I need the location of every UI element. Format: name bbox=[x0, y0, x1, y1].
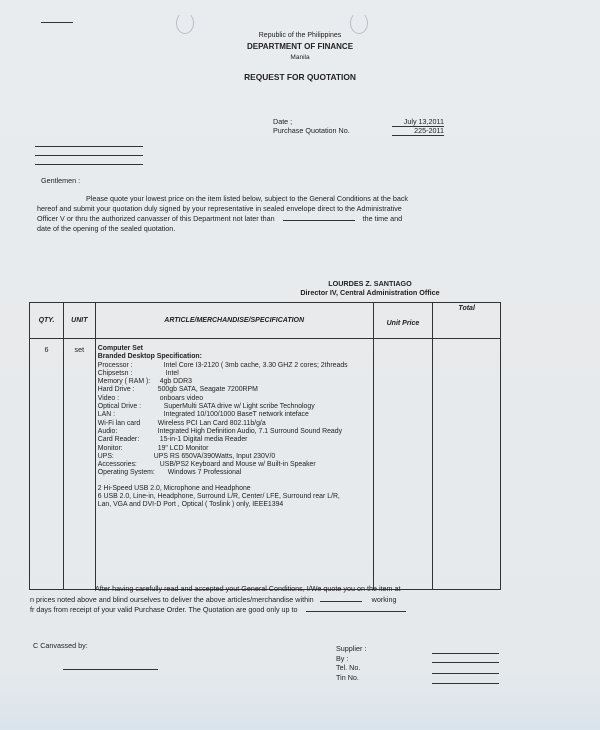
tin-line bbox=[432, 683, 499, 684]
total-cell bbox=[433, 339, 501, 590]
spec-key: Accessories: bbox=[98, 461, 160, 469]
spec-row: Operating System:Windows 7 Professional bbox=[98, 469, 373, 477]
spec-key: Hard Drive : bbox=[98, 386, 158, 394]
spec-value: 4gb DDR3 bbox=[160, 378, 192, 386]
spec-row: Memory ( RAM ):4gb DDR3 bbox=[98, 378, 373, 386]
canvasser-signature-line bbox=[63, 669, 158, 670]
tin-label: Tin No. bbox=[336, 673, 366, 683]
spec-value: Intel Core I3-2120 ( 3mb cache, 3.30 GHZ… bbox=[164, 362, 348, 370]
port-line: 6 USB 2.0, Line-in, Headphone, Surround … bbox=[98, 493, 373, 501]
spec-row: Video :onboars video bbox=[98, 395, 373, 403]
deadline-blank bbox=[283, 213, 355, 221]
col-unit: UNIT bbox=[63, 303, 95, 339]
spec-key: Monitor: bbox=[98, 445, 158, 453]
pq-value: 225-2011 bbox=[392, 126, 444, 136]
port-line: 2 Hi-Speed USB 2.0, Microphone and Headp… bbox=[98, 485, 373, 493]
letterhead: Republic of the Philippines DEPARTMENT O… bbox=[150, 30, 450, 82]
closing-paragraph: After having carefully read and accepted… bbox=[30, 584, 420, 615]
col-total: Total bbox=[433, 303, 501, 339]
item-subtitle: Branded Desktop Specification: bbox=[98, 353, 373, 361]
salutation: Gentlemen : bbox=[41, 176, 80, 185]
pq-label: Purchase Quotation No. bbox=[273, 126, 350, 135]
addressee-line-2 bbox=[35, 155, 143, 156]
spec-value: Wireless PCI Lan Card 802.11b/g/a bbox=[158, 420, 266, 428]
intro-line-1: Please quote your lowest price on the it… bbox=[37, 194, 417, 204]
signatory-name: LOURDES Z. SANTIAGO bbox=[275, 279, 465, 288]
spec-row: LAN :Integrated 10/100/1000 BaseT networ… bbox=[98, 411, 373, 419]
spec-key: UPS: bbox=[98, 453, 154, 461]
addressee-line-1 bbox=[35, 146, 143, 147]
intro-line-3-text: Officer V or thru the authorized canvass… bbox=[37, 214, 275, 223]
spec-value: 15-in-1 Digital media Reader bbox=[160, 436, 248, 444]
city-line: Manila bbox=[150, 52, 450, 63]
intro-line-2: hereof and submit your quotation duly si… bbox=[37, 204, 417, 214]
canvassed-by-label: C Canvassed by: bbox=[33, 641, 88, 650]
request-for-quotation-page: Republic of the Philippines DEPARTMENT O… bbox=[0, 0, 600, 730]
unit-cell: set bbox=[63, 339, 95, 590]
col-unit-price: Unit Price bbox=[373, 303, 433, 339]
ports-list: 2 Hi-Speed USB 2.0, Microphone and Headp… bbox=[98, 485, 373, 510]
spec-value: Intel bbox=[166, 370, 179, 378]
spec-key: Processor : bbox=[98, 362, 164, 370]
quotation-table: QTY. UNIT ARTICLE/MERCHANDISE/SPECIFICAT… bbox=[29, 302, 501, 590]
spec-row: Optical Drive :SuperMulti SATA drive w/ … bbox=[98, 403, 373, 411]
closing-line-1: After having carefully read and accepted… bbox=[30, 584, 420, 594]
col-article: ARTICLE/MERCHANDISE/SPECIFICATION bbox=[95, 303, 373, 339]
article-cell: Computer Set Branded Desktop Specificati… bbox=[95, 339, 373, 590]
spec-value: 500gb SATA, Seagate 7200RPM bbox=[158, 386, 258, 394]
spec-key: Wi-Fi lan card bbox=[98, 420, 158, 428]
intro-line-3: Officer V or thru the authorized canvass… bbox=[37, 213, 417, 224]
tel-label: Tel. No. bbox=[336, 663, 366, 673]
working-days-blank bbox=[320, 594, 362, 602]
spec-row: Audio:Integrated High Definition Audio, … bbox=[98, 428, 373, 436]
intro-line-3-end: the time and bbox=[363, 214, 403, 223]
supplier-label: Supplier : bbox=[336, 644, 366, 654]
supplier-line bbox=[432, 653, 499, 654]
spec-key: Card Reader: bbox=[98, 436, 160, 444]
intro-line-4: date of the opening of the sealed quotat… bbox=[37, 224, 417, 234]
spec-value: Windows 7 Professional bbox=[168, 469, 242, 477]
spec-row: Wi-Fi lan cardWireless PCI Lan Card 802.… bbox=[98, 420, 373, 428]
spec-value: 19" LCD Monitor bbox=[158, 445, 209, 453]
spec-row: Hard Drive :500gb SATA, Seagate 7200RPM bbox=[98, 386, 373, 394]
by-line bbox=[432, 662, 499, 663]
closing-line-2-end: working bbox=[372, 595, 397, 604]
spec-key: Chipsetsn : bbox=[98, 370, 166, 378]
qty-cell: 6 bbox=[30, 339, 64, 590]
spec-value: USB/PS2 Keyboard and Mouse w/ Built-in S… bbox=[160, 461, 316, 469]
spec-value: onboars video bbox=[160, 395, 203, 403]
addressee-line-3 bbox=[35, 164, 143, 165]
intro-paragraph: Please quote your lowest price on the it… bbox=[37, 194, 417, 234]
by-label: By : bbox=[336, 654, 366, 664]
spec-row: Monitor:19" LCD Monitor bbox=[98, 445, 373, 453]
tel-line bbox=[432, 673, 499, 674]
table-row: 6 set Computer Set Branded Desktop Speci… bbox=[30, 339, 501, 590]
spec-value: UPS RS 650VA/390Watts, Input 230V/0 bbox=[154, 453, 275, 461]
col-qty: QTY. bbox=[30, 303, 64, 339]
spec-key: Video : bbox=[98, 395, 160, 403]
spec-row: Accessories:USB/PS2 Keyboard and Mouse w… bbox=[98, 461, 373, 469]
table-header-row: QTY. UNIT ARTICLE/MERCHANDISE/SPECIFICAT… bbox=[30, 303, 501, 339]
closing-line-2: n prices noted above and blind ourselves… bbox=[30, 594, 420, 605]
port-line: Lan, VGA and DVI-D Port , Optical ( Tosl… bbox=[98, 501, 373, 509]
spec-value: Integrated 10/100/1000 BaseT network int… bbox=[164, 411, 309, 419]
closing-line-3-text: fr days from receipt of your valid Purch… bbox=[30, 605, 298, 614]
spec-value: Integrated High Definition Audio, 7.1 Su… bbox=[158, 428, 342, 436]
date-label: Date ; bbox=[273, 117, 292, 126]
closing-line-2-text: n prices noted above and blind ourselves… bbox=[30, 595, 314, 604]
spec-row: Processor :Intel Core I3-2120 ( 3mb cach… bbox=[98, 362, 373, 370]
spec-value: SuperMulti SATA drive w/ Light scribe Te… bbox=[164, 403, 315, 411]
spec-key: LAN : bbox=[98, 411, 164, 419]
item-title: Computer Set bbox=[98, 345, 373, 353]
republic-line: Republic of the Philippines bbox=[150, 30, 450, 41]
spec-row: Card Reader:15-in-1 Digital media Reader bbox=[98, 436, 373, 444]
document-title: REQUEST FOR QUOTATION bbox=[150, 72, 450, 82]
spec-key: Optical Drive : bbox=[98, 403, 164, 411]
signatory-position: Director IV, Central Administration Offi… bbox=[275, 288, 465, 297]
spec-row: Chipsetsn :Intel bbox=[98, 370, 373, 378]
spec-key: Operating System: bbox=[98, 469, 168, 477]
top-left-mark bbox=[41, 22, 73, 23]
signatory: LOURDES Z. SANTIAGO Director IV, Central… bbox=[275, 279, 465, 297]
spec-key: Memory ( RAM ): bbox=[98, 378, 160, 386]
department-name: DEPARTMENT OF FINANCE bbox=[150, 41, 450, 52]
spec-key: Audio: bbox=[98, 428, 158, 436]
spec-list: Processor :Intel Core I3-2120 ( 3mb cach… bbox=[98, 362, 373, 478]
unit-price-cell bbox=[373, 339, 433, 590]
spec-row: UPS:UPS RS 650VA/390Watts, Input 230V/0 bbox=[98, 453, 373, 461]
validity-blank bbox=[306, 604, 406, 612]
closing-line-3: fr days from receipt of your valid Purch… bbox=[30, 604, 420, 615]
supplier-block: Supplier : By : Tel. No. Tin No. bbox=[336, 644, 366, 682]
